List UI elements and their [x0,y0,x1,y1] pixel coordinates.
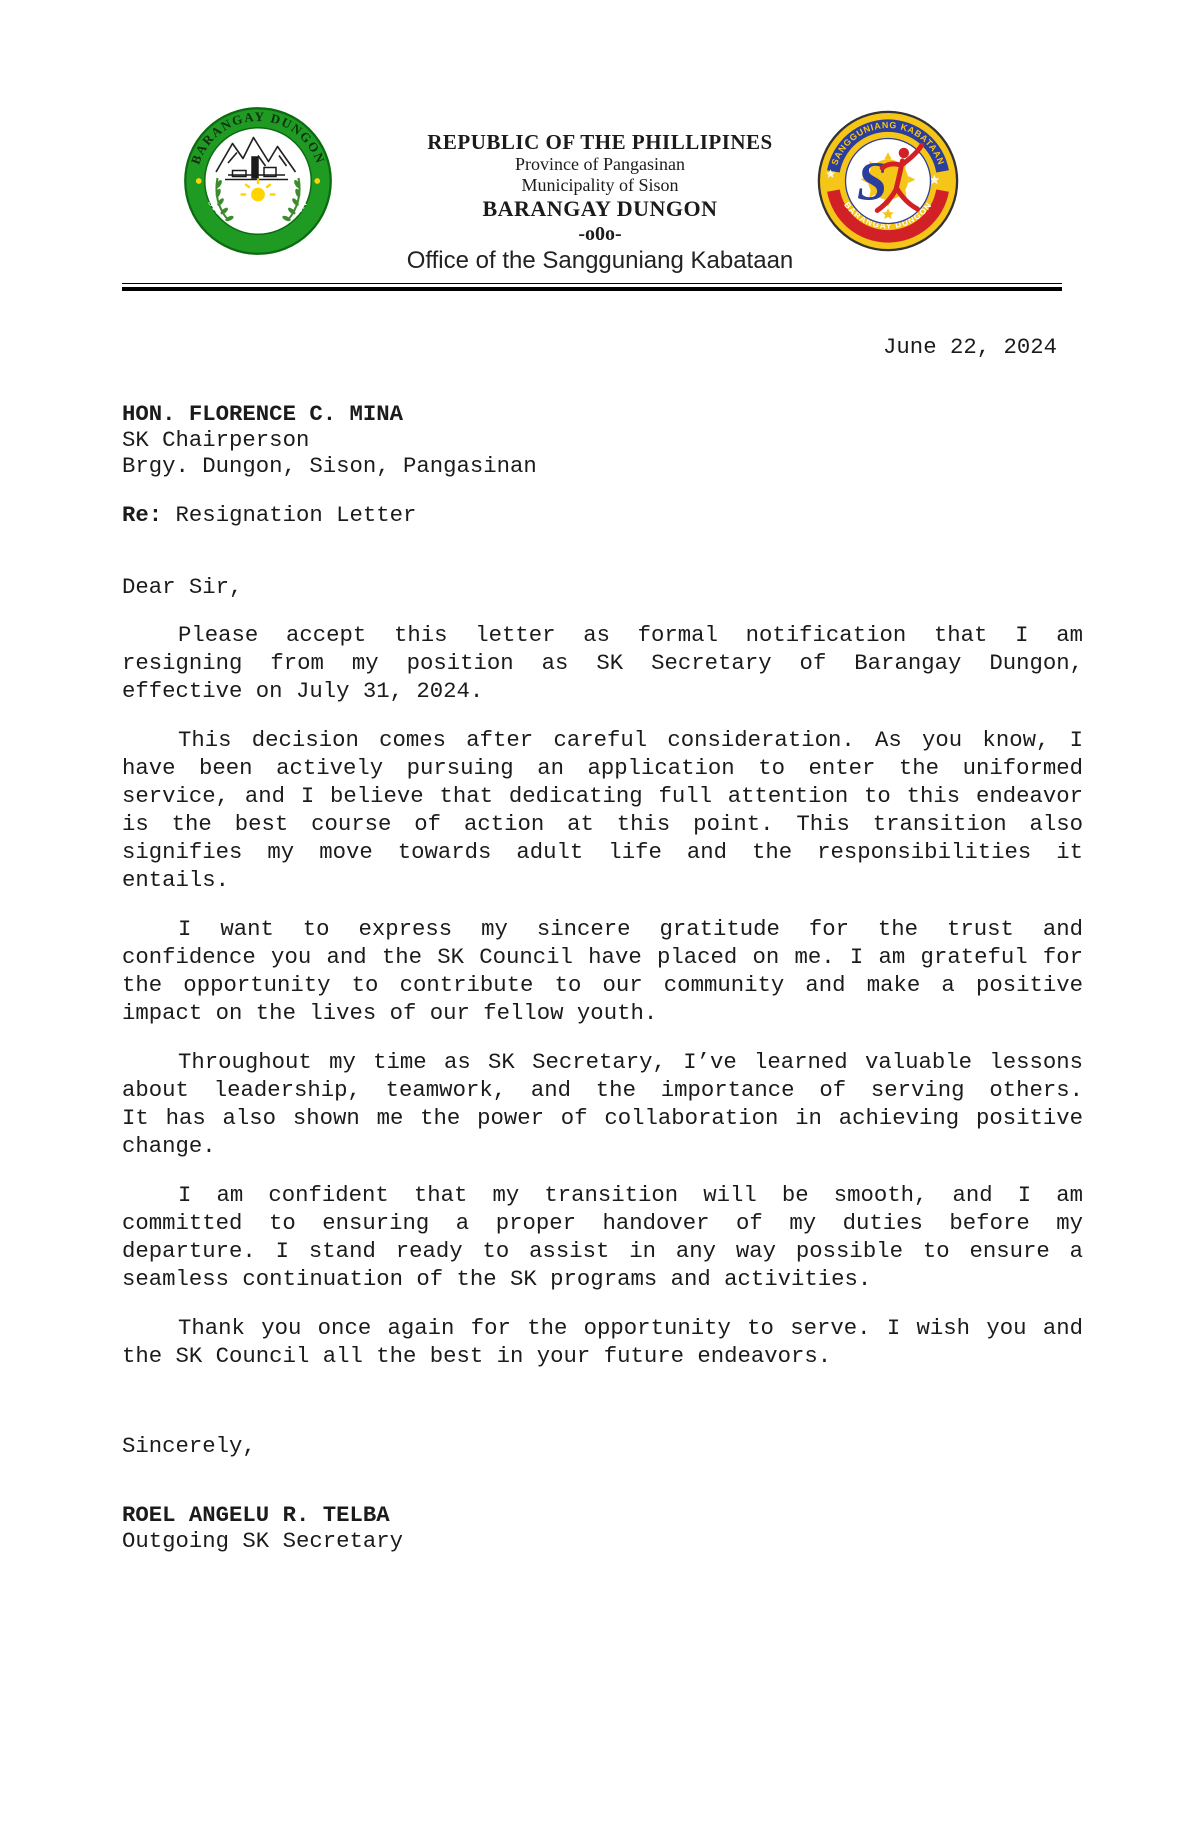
province-line: Province of Pangasinan [0,154,1200,175]
letter-paragraph: Thank you once again for the opportunity… [122,1314,1083,1370]
paragraph-line: Throughout my time as SK Secretary, I’ve… [122,1048,1083,1076]
recipient-address: Brgy. Dungon, Sison, Pangasinan [122,453,1083,479]
paragraph-line: resigning from my position as SK Secreta… [122,649,1083,677]
header-rule [122,283,1062,291]
letter-paragraph: Throughout my time as SK Secretary, I’ve… [122,1048,1083,1160]
paragraph-line: is the best course of action at this poi… [122,810,1083,838]
signature-name: ROEL ANGELU R. TELBA [122,1502,1083,1528]
closing: Sincerely, [122,1432,1083,1460]
paragraph-line: effective on July 31, 2024. [122,677,1083,705]
barangay-line: BARANGAY DUNGON [0,196,1200,222]
salutation: Dear Sir, [122,573,1083,601]
sangguniang-kabataan-seal: SANGGUNIANG KABATAAN BARANGAY DUNGON S [816,109,960,253]
paragraph-line: confidence you and the SK Council have p… [122,943,1083,971]
paragraph-line: change. [122,1132,1083,1160]
paragraph-line: I am confident that my transition will b… [122,1181,1083,1209]
letter-page: BARANGAY DUNGON SISON, PANGASINAN [0,0,1200,1835]
separator-ornament: -o0o- [0,222,1200,246]
paragraph-line: committed to ensuring a proper handover … [122,1209,1083,1237]
re-label: Re: [122,502,162,528]
re-line: Re: Resignation Letter [122,501,1083,529]
seal-dot-right [314,178,320,184]
paragraph-line: the SK Council all the best in your futu… [122,1342,1083,1370]
municipality-line: Municipality of Sison [0,175,1200,196]
letter-paragraph: This decision comes after careful consid… [122,726,1083,894]
paragraph-line: impact on the lives of our fellow youth. [122,999,1083,1027]
paragraph-line: seamless continuation of the SK programs… [122,1265,1083,1293]
date-line: June 22, 2024 [122,333,1083,361]
paragraph-line: This decision comes after careful consid… [122,726,1083,754]
recipient-title: SK Chairperson [122,427,1083,453]
barangay-dungon-seal: BARANGAY DUNGON SISON, PANGASINAN [183,106,333,256]
re-value: Resignation Letter [176,502,417,528]
paragraph-line: departure. I stand ready to assist in an… [122,1237,1083,1265]
sk-monogram: S [857,151,887,212]
paragraph-line: It has also shown me the power of collab… [122,1104,1083,1132]
paragraph-line: have been actively pursuing an applicati… [122,754,1083,782]
letter-paragraph: Please accept this letter as formal noti… [122,621,1083,705]
paragraph-line: entails. [122,866,1083,894]
paragraphs-container: Please accept this letter as formal noti… [122,621,1083,1370]
letter-paragraph: I am confident that my transition will b… [122,1181,1083,1293]
seal-dot-left [196,178,202,184]
signature-block: ROEL ANGELU R. TELBA Outgoing SK Secreta… [122,1502,1083,1554]
paragraph-line: I want to express my sincere gratitude f… [122,915,1083,943]
letterhead: REPUBLIC OF THE PHILLIPINES Province of … [0,0,1200,276]
paragraph-line: about leadership, teamwork, and the impo… [122,1076,1083,1104]
letter-paragraph: I want to express my sincere gratitude f… [122,915,1083,1027]
office-line: Office of the Sangguniang Kabataan [0,246,1200,276]
paragraph-line: Please accept this letter as formal noti… [122,621,1083,649]
paragraph-line: Thank you once again for the opportunity… [122,1314,1083,1342]
paragraph-line: signifies my move towards adult life and… [122,838,1083,866]
paragraph-line: the opportunity to contribute to our com… [122,971,1083,999]
recipient-block: HON. FLORENCE C. MINA SK Chairperson Brg… [122,401,1083,479]
republic-line: REPUBLIC OF THE PHILLIPINES [0,130,1200,154]
recipient-name: HON. FLORENCE C. MINA [122,401,1083,427]
letter-body: June 22, 2024 HON. FLORENCE C. MINA SK C… [122,333,1083,1554]
signature-title: Outgoing SK Secretary [122,1528,1083,1554]
paragraph-line: service, and I believe that dedicating f… [122,782,1083,810]
